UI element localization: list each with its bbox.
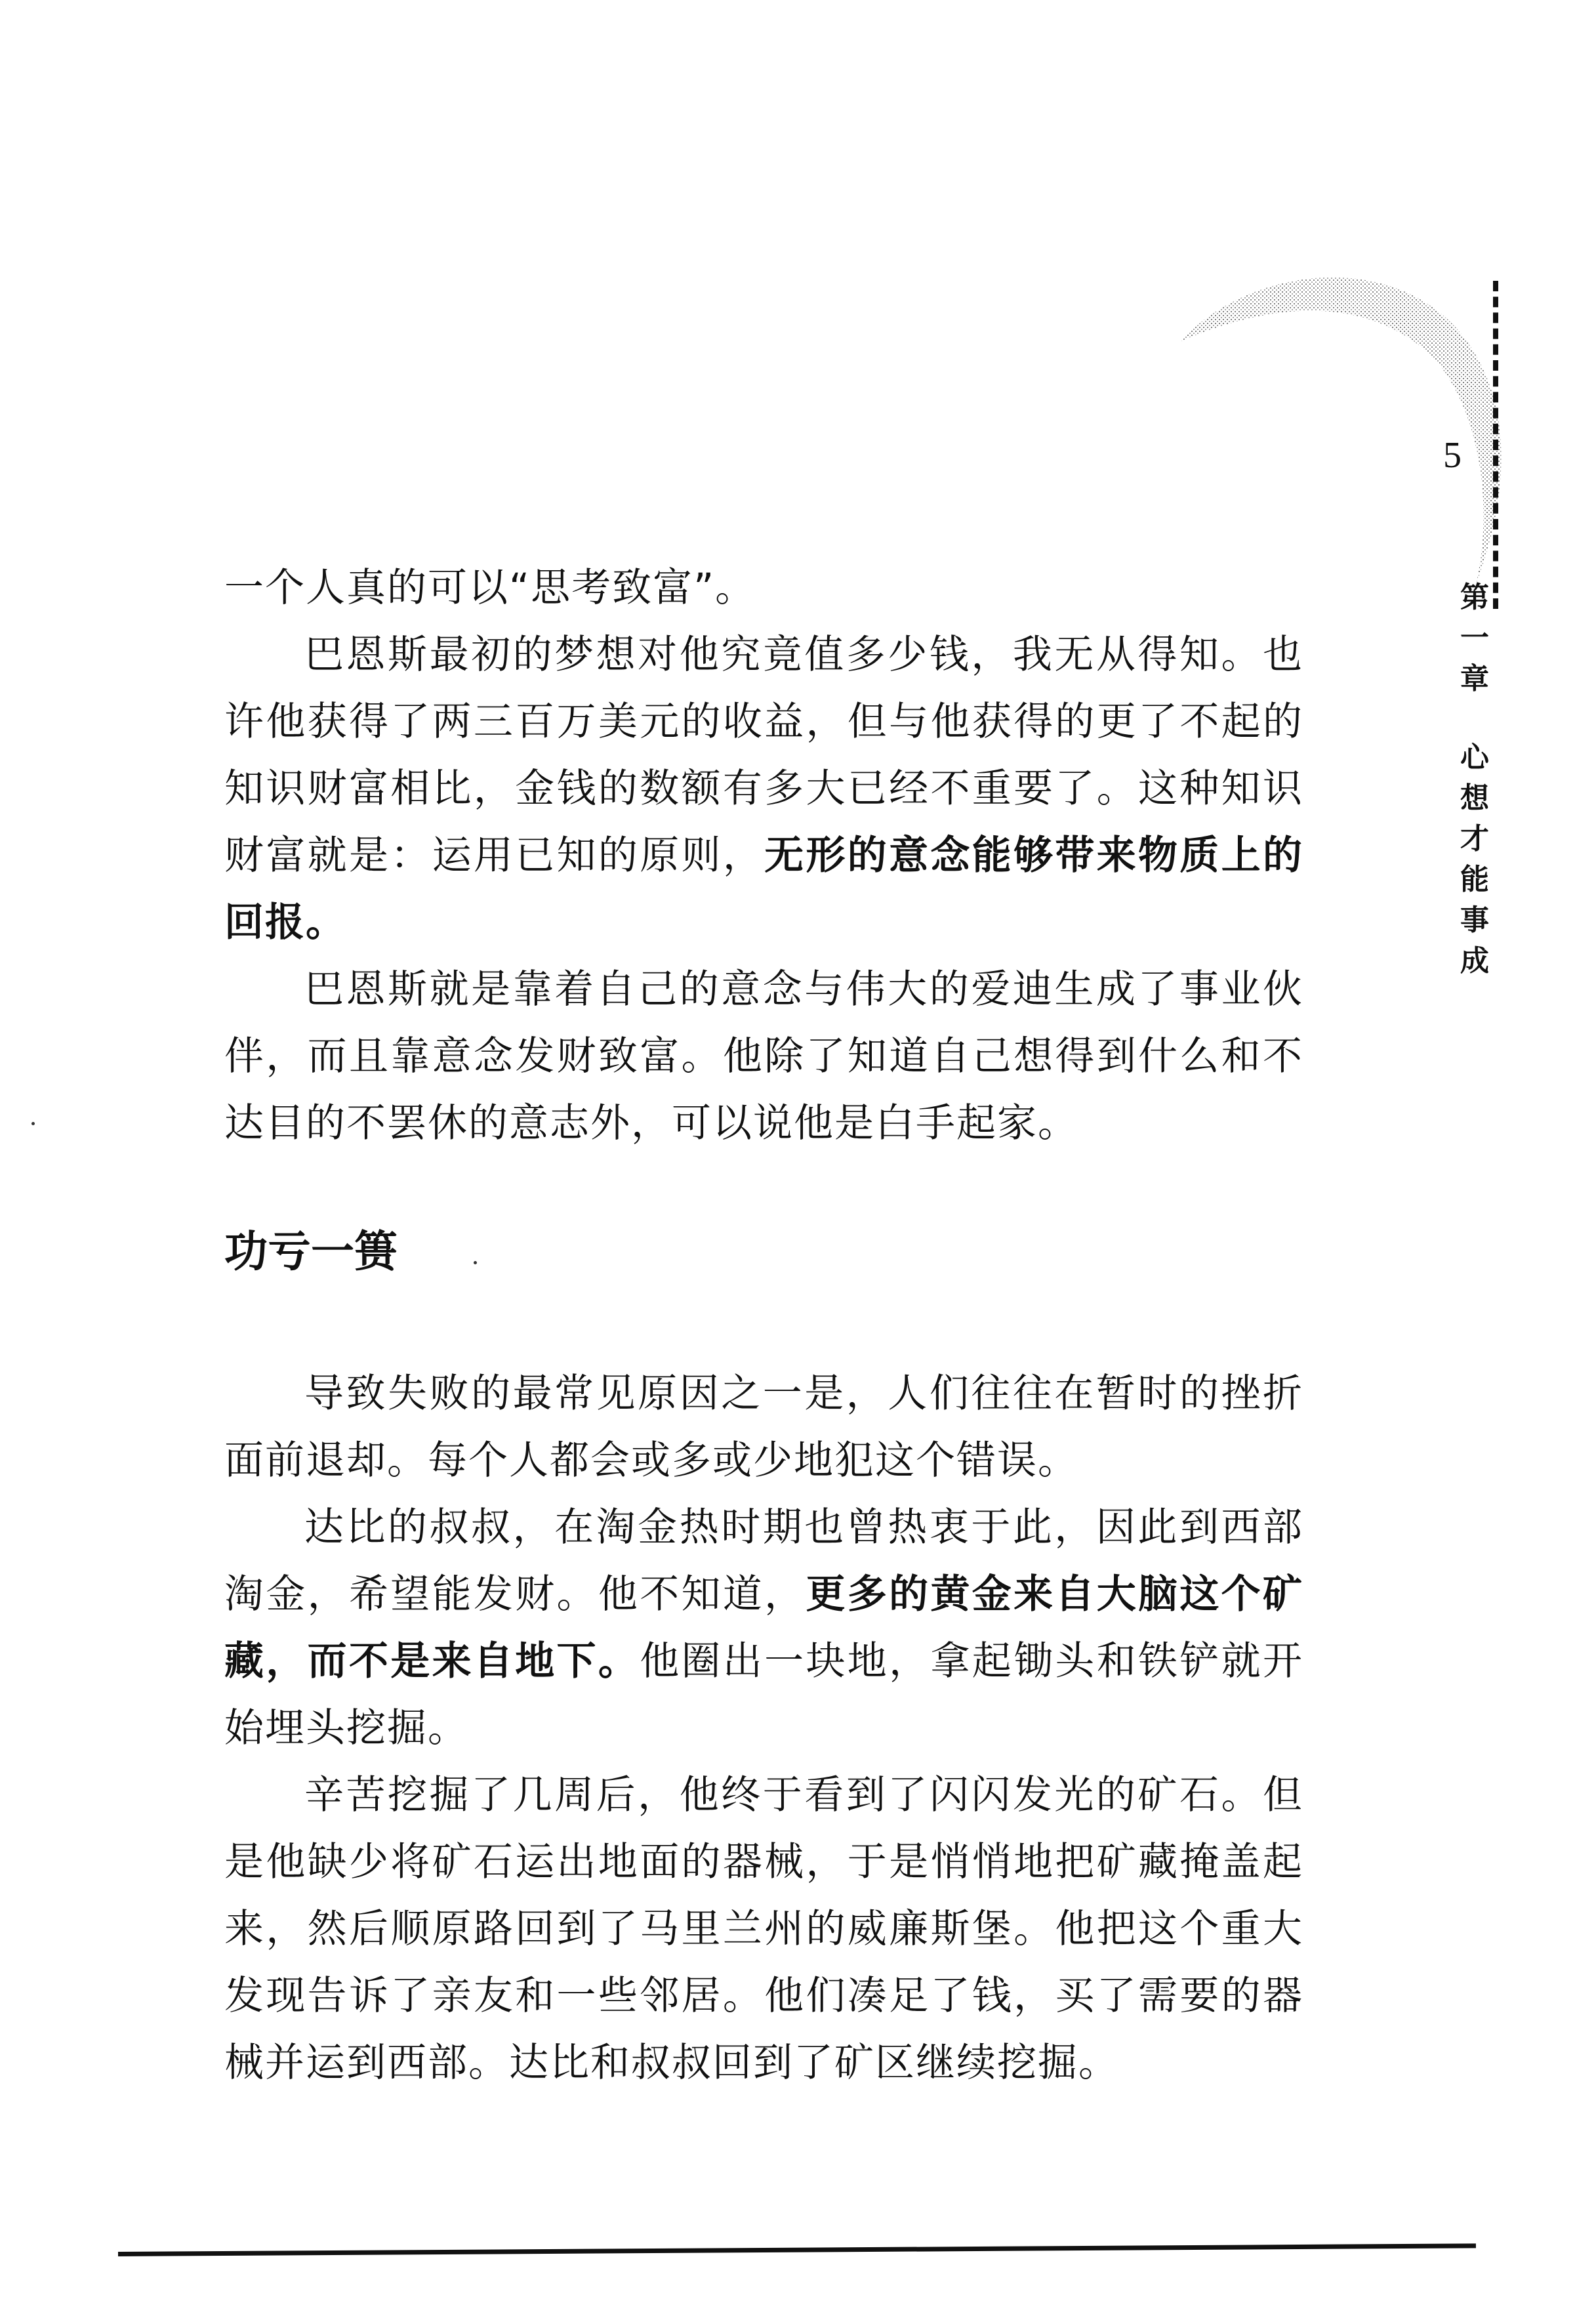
paragraph: 一个人真的可以“思考致富”。: [224, 554, 1303, 621]
page-number: 5: [1443, 434, 1462, 476]
bottom-rule: [118, 2243, 1476, 2256]
paragraph: 巴恩斯就是靠着自己的意念与伟大的爱迪生成了事业伙伴，而且靠意念发财致富。他除了知…: [224, 956, 1303, 1157]
paragraph-text: 一个人真的可以“思考致富”。: [224, 565, 756, 611]
chapter-title-char: 才: [1455, 819, 1494, 860]
chapter-title-char: 心: [1455, 737, 1494, 778]
chapter-char: 章: [1455, 659, 1494, 699]
chapter-dashed-divider: [1493, 281, 1498, 609]
paragraph: 导致失败的最常见原因之一是，人们往往在暂时的挫折面前退却。每个人都会或多或少地犯…: [224, 1360, 1303, 1494]
chapter-char: 第: [1455, 577, 1494, 618]
chapter-title-char: 能: [1455, 860, 1494, 900]
paragraph-text: 辛苦挖掘了几周后，他终于看到了闪闪发光的矿石。但是他缺少将矿石运出地面的器械，于…: [224, 1772, 1303, 2086]
chapter-title-char: 想: [1455, 778, 1494, 819]
chapter-title-char: 成: [1455, 941, 1494, 982]
paragraph: 达比的叔叔，在淘金热时期也曾热衷于此，因此到西部淘金，希望能发财。他不知道，更多…: [224, 1494, 1303, 1762]
page-body: 一个人真的可以“思考致富”。 巴恩斯最初的梦想对他究竟值多少钱，我无从得知。也许…: [224, 554, 1303, 2096]
paragraph-text: 导致失败的最常见原因之一是，人们往往在暂时的挫折面前退却。每个人都会或多或少地犯…: [224, 1371, 1303, 1483]
chapter-title-char: 事: [1455, 900, 1494, 941]
paragraph: 辛苦挖掘了几周后，他终于看到了闪闪发光的矿石。但是他缺少将矿石运出地面的器械，于…: [224, 1762, 1303, 2096]
paragraph: 巴恩斯最初的梦想对他究竟值多少钱，我无从得知。也许他获得了两三百万美元的收益，但…: [224, 621, 1303, 956]
paragraph-text: 巴恩斯就是靠着自己的意念与伟大的爱迪生成了事业伙伴，而且靠意念发财致富。他除了知…: [224, 966, 1303, 1146]
chapter-char: 一: [1455, 618, 1494, 659]
section-heading: 功亏一篑: [224, 1216, 1303, 1288]
scan-speck: [31, 1122, 35, 1125]
scan-speck: [474, 1261, 477, 1264]
chapter-side-label: 第 一 章 心 想 才 能 事 成: [1455, 577, 1494, 982]
